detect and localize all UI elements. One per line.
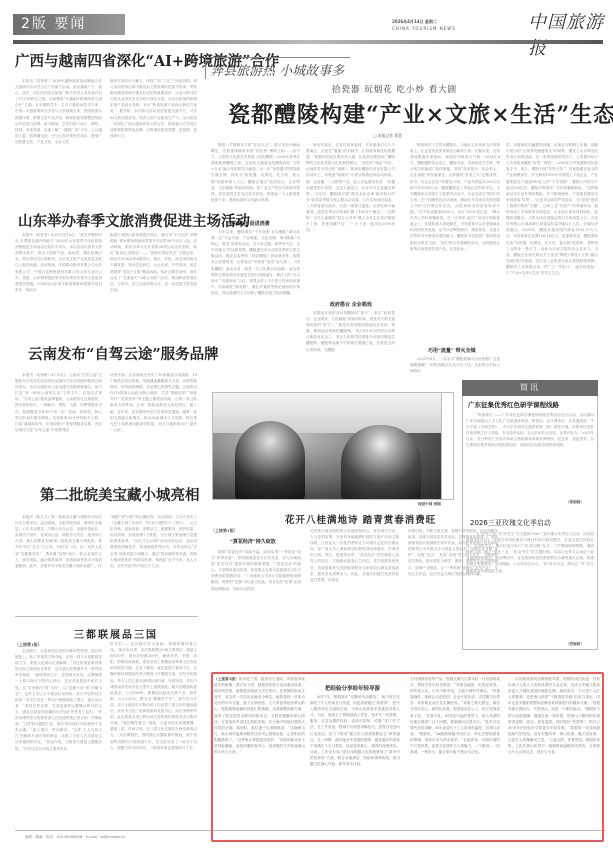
brief-headline-sanya[interactable]: 2026三亚玫瑰文化季启动 <box>470 518 551 528</box>
divider <box>15 616 198 617</box>
caption-frame <box>440 392 454 500</box>
article-body-col: 随着“赏花经济”持续升温，如何实现“一季赏花”变为“四季赏游”，将短期流量变为长… <box>211 549 301 667</box>
article-body-col: 本报讯（陈文文）第二批皖美宝藏小城推介活动近日在合肥举行。活动现场，合肥市肥西县… <box>15 514 102 606</box>
article-body-col: 效果引客；不断完善交通、智慧引导等配套，以优质服务留客；持续开展各类赏花活动，以… <box>408 528 498 667</box>
article-headline-sandu[interactable]: 三都联展品三国 <box>74 626 158 641</box>
flower-subhead: “赏花经济”持久绽放 <box>230 538 276 545</box>
highlight-body-col: 2017年，程娟获评“安徽省劳动模范”，她不再仅仅满足于个人的成长与发展，而是希… <box>310 694 400 826</box>
brief-credit: （符婉婷） <box>566 642 584 647</box>
feature-body-col: 随着一声铿锵有力的“开窑大吉”，数万发焰火瞬间腾空，吾般蛮球佛莱来的“彩虹桥”横… <box>211 142 300 217</box>
feature-body-col: 鸭的制作工艺传至醴陵后，当地匠人在传承古法的基础上，让这道传统美食焕发出新的生机… <box>410 142 500 345</box>
photo-performer-right <box>341 425 421 500</box>
series-kicker: 奔县旅游热 小城故事多 <box>205 57 350 79</box>
header-rule <box>13 40 603 44</box>
photo-sky <box>213 393 441 433</box>
feature-body-col: 今年以来，醴陵紧扣“千年瓷都·五彩醴陵”城市品牌，以“节会引流、产业赋能、文化出… <box>211 229 300 379</box>
photo-credit: 视觉中国 供图 <box>418 502 441 507</box>
highlight-body-col: （上接第1版）如讲老三国，她讲东生逸闻，带游客仰视延年的夏媚；面对亲子团，她把奇… <box>214 676 305 786</box>
brief-credit: （陈娟娟） <box>566 500 584 505</box>
photo-performer-left <box>235 421 305 500</box>
feature-body-col: 如果说多彩的活动是醴陵的“面子”，那么“政府搭台、企业唱戏、文化赋能”的驱动机制… <box>306 310 395 380</box>
page-footer: 编辑：陈晓 电话：010-85166028 E-mail：zs@ctnews.c… <box>25 835 125 840</box>
article-body-col: 本报讯（高爱爱）4月9日至10日，“惠享齐鲁好时光·在郑桃花盛开的地方”2026… <box>15 232 102 324</box>
article-body-col: 花景观与城市独特的文化基因相结合，讲好城市与花、人与花的故事，开发具有地域辨识度… <box>310 528 399 667</box>
feature-byline: □ 本报记者 葛慧 <box>373 133 402 139</box>
brief-headline-guangdong[interactable]: 广东征集优秀红色研学课程线路 <box>468 400 559 409</box>
feature-subhead: 拾瓷器 玩烟花 吃小炒 看大剧 <box>332 83 457 95</box>
article-body-col: 本报讯（吴海斯）4月10日，云南省“自驾云途”主题租车自驾宣传活动首站启幕仪式在… <box>15 372 102 470</box>
continued-label: （上接第1版） <box>214 677 239 681</box>
feature-section-title: 巧用“流量” 带火全城 <box>428 347 476 354</box>
masthead-info: 2026年4月14日 星期二 CHINA TOURISM NEWS <box>392 18 456 32</box>
paper-en-name: CHINA TOURISM NEWS <box>392 25 456 32</box>
feature-body-col: 语，用瘦瘦轻松幽默的视频，迅速在互联网上传播。视频中展示的“正规养瓷瘦瘦现宝”的… <box>506 142 598 380</box>
feature-section-title: 多业融合 促进消费 <box>228 220 270 227</box>
article-body-col: 康养文旅的多元魅力，体验广西“三月三”民族风情。研习活动特别注重中越友谊文旅资源… <box>110 78 197 174</box>
newspaper-logo: 中国旅游报 <box>528 8 613 60</box>
feature-section-title: 政府搭台 企业唱戏 <box>330 301 372 308</box>
article-headline-yunnan[interactable]: 云南发布“自驾云途”服务品牌 <box>28 343 219 364</box>
article-body-col: 走进展厅，记者发现这里的石碑有些特别。展区的展柜上，除了常规的文物介绍，还有一排… <box>15 648 102 822</box>
feature-body-col: 演出结束后，记者在现场看到，许多游客们久久不愿离去，沉浸在“震撼”的余韵中。江西… <box>306 142 395 298</box>
article-body-col: 动的开始。活动现场还发布了18条精品自驾线路、19个精品自驾目的地，线路涵盖藏藏… <box>110 372 197 470</box>
highlight-body-col: 古村康养旅居等产品。程娟长期关注着年轻一代导游的成长。借校关怀年轻导游说：“导游… <box>410 676 500 826</box>
article-headline-flowers[interactable]: 花开八桂满地诗 踏青赏春消费旺 <box>285 512 436 526</box>
briefs-header: 简讯 <box>462 380 598 396</box>
continued-label: （上接第1版） <box>211 528 238 534</box>
issue-date: 2026年4月14日 星期二 <box>392 18 456 25</box>
feature-body-col: 2025年8月，一条名为“醴陵瘦哪可以捡瓷器？这是哪哪瘦哪！”的短视频在社交平台… <box>410 356 500 380</box>
article-body-col: 跑道古城景区新场景提升项目、潍坊市“丰古回乡·帝博路新”青州博物馆新场景提升项目… <box>110 232 197 324</box>
brief-body: “粤游粤红”——广东省红色研学课程和线路征集活动近日启动。活动面向广东各地级以上… <box>466 412 594 496</box>
article-body-col: 拼旦旧——没有联合作为基础，郑城的期待难立住。”她告诉记者，本次联展整合9家文博… <box>110 641 197 822</box>
article-headline-anhui[interactable]: 第二批皖美宝藏小城亮相 <box>40 484 200 505</box>
festival-photo[interactable] <box>212 392 442 500</box>
article-body-col: 本报讯（厉荣维）2026中越跨境旅游AI赋能合作交流研讨活动近日在广西南宁启动。… <box>15 78 102 174</box>
highlight-body-col: 从初级导游到金牌特级导游，程娟的成长轨迹，折射出黄山文旅人才培养体系的日益完善，… <box>508 676 600 826</box>
highlight-headline[interactable]: 把经验分享给年轻导游 <box>325 684 380 692</box>
feature-headline[interactable]: 瓷都醴陵构建“产业×文旅×生活”生态 <box>228 98 613 129</box>
section-tag: 2版 要闻 <box>13 14 125 35</box>
article-body-col: “探路”到“引路”的出圈经验。活动现场，主办方发布了《宝藏小城工作指引（TC钻石… <box>110 514 197 606</box>
